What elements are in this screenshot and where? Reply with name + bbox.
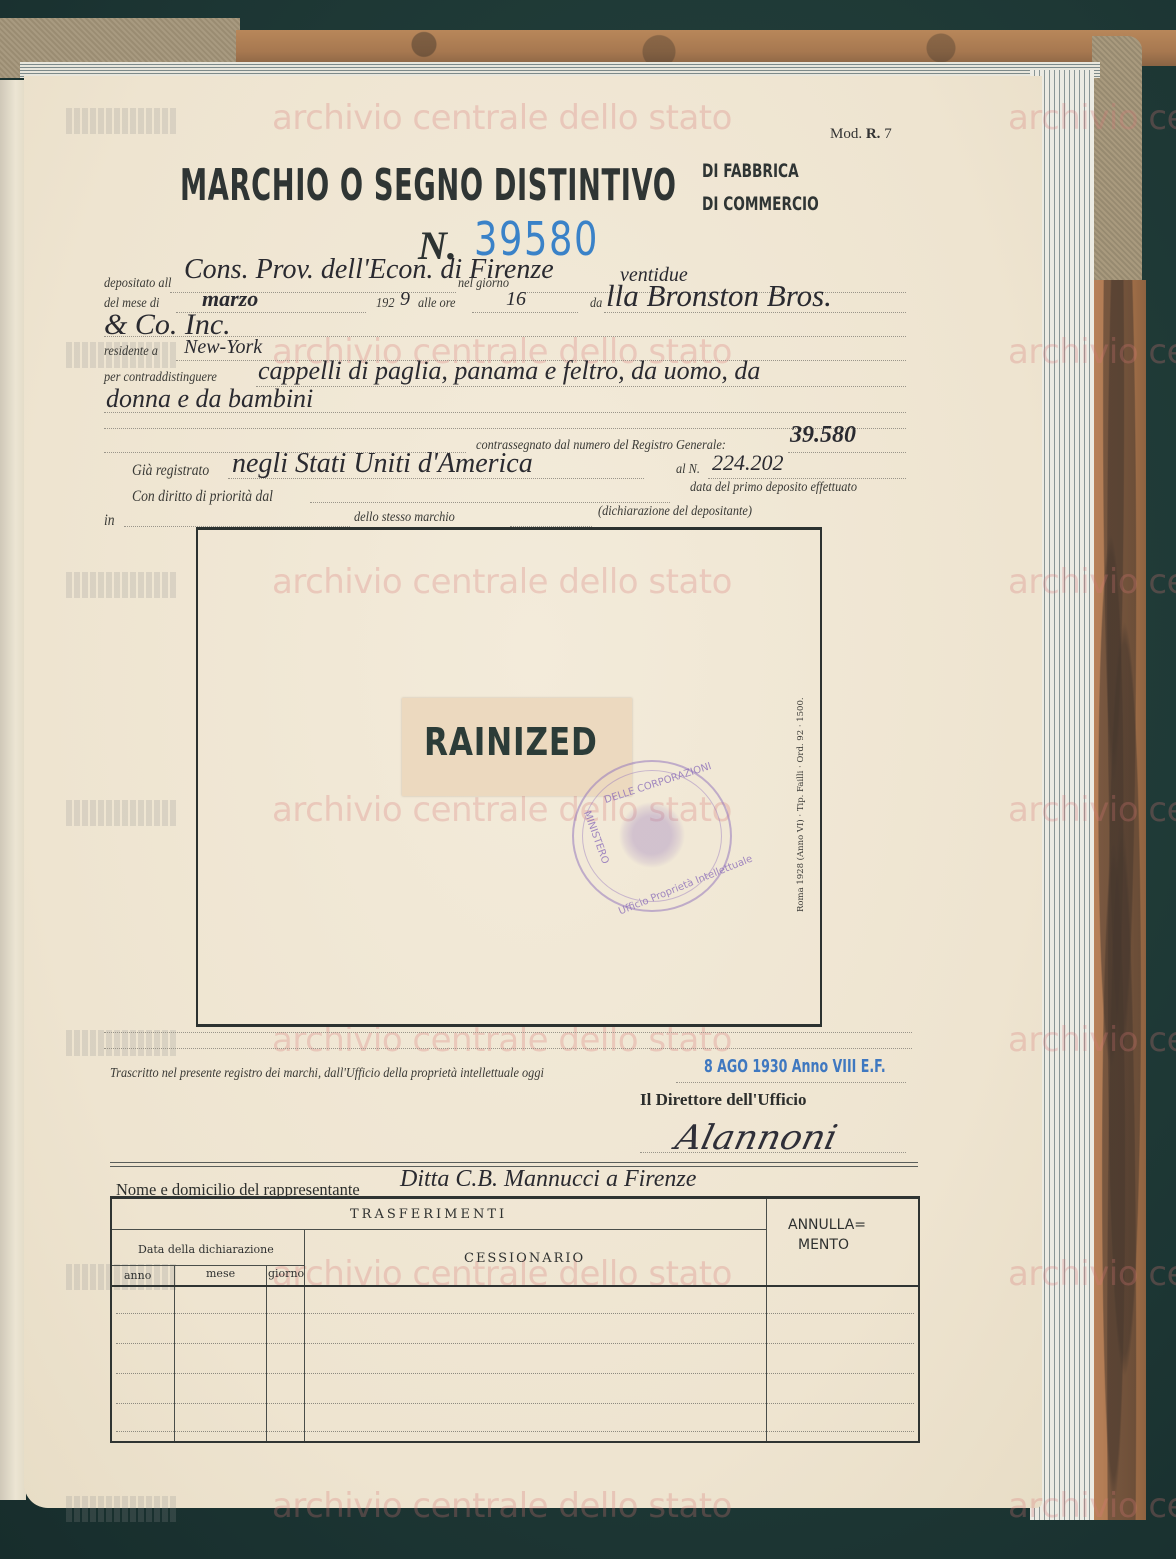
label-day: nel giorno [458, 276, 509, 292]
ministry-seal-stamp: DELLE CORPORAZIONI MINISTERO Ufficio Pro… [572, 760, 732, 912]
table-row[interactable] [116, 1313, 914, 1314]
field-line [472, 312, 578, 313]
book-leather-cover-top [236, 30, 1176, 66]
date-group-header: Data della dichiarazione [138, 1243, 274, 1256]
facing-page-edge [0, 80, 26, 1500]
form-code-letter: R. [866, 126, 881, 142]
col-header-anno: anno [124, 1269, 151, 1282]
annulment-header-line1: ANNULLA= [788, 1217, 866, 1233]
transcription-date-stamp: 8 AGO 1930 Anno VIII E.F. [704, 1056, 886, 1077]
field-line [104, 1048, 912, 1049]
label-resident: residente a [104, 344, 158, 360]
already-registered-value: negli Stati Uniti d'America [232, 448, 533, 480]
goods-value-line1: cappelli di paglia, panama e feltro, da … [258, 356, 760, 386]
col-divider [174, 1265, 175, 1441]
general-register-number: 39.580 [790, 422, 856, 449]
label-hour: alle ore [418, 296, 456, 312]
field-line [788, 452, 906, 453]
label-at-number: al N. [676, 462, 700, 478]
printer-imprint: Roma 1928 (Anno VI) · Tip. Failli · Ord.… [796, 697, 806, 912]
table-row[interactable] [116, 1343, 914, 1344]
table-title: TRASFERIMENTI [350, 1207, 507, 1222]
field-line [708, 478, 906, 479]
trademark-label-text: RAINIZED [424, 720, 598, 764]
label-deposited-at: depositato all [104, 276, 171, 292]
stamp-text-left: MINISTERO [581, 809, 610, 865]
col-header-cessionario: CESSIONARIO [464, 1251, 585, 1266]
label-in: in [104, 512, 115, 530]
field-line [104, 1032, 912, 1033]
document-title: MARCHIO O SEGNO DISTINTIVO [180, 160, 677, 211]
col-divider [304, 1229, 305, 1441]
form-code-number: 7 [884, 126, 892, 142]
stamp-text-top: DELLE CORPORAZIONI [603, 761, 713, 806]
signature-line [640, 1152, 906, 1153]
header-divider [112, 1285, 918, 1287]
table-row[interactable] [116, 1403, 914, 1404]
label-already-registered: Già registrato [132, 462, 209, 480]
form-code: Mod. R. 7 [830, 126, 892, 143]
table-row[interactable] [116, 1373, 914, 1374]
label-by: da [590, 296, 602, 312]
director-label: Il Direttore dell'Ufficio [640, 1090, 807, 1110]
year-prefix: 192 [376, 296, 394, 312]
transfers-table: TRASFERIMENTI ANNULLA= MENTO Data della … [110, 1196, 920, 1443]
col-header-giorno: giorno [268, 1267, 304, 1280]
label-first-deposit: data del primo deposito effettuato [690, 480, 857, 496]
applicant-value-line1: lla Bronston Bros. [606, 278, 832, 314]
row-divider [112, 1265, 304, 1266]
field-line [676, 1082, 906, 1083]
year-suffix-value: 9 [400, 288, 410, 311]
form-code-prefix: Mod. [830, 126, 862, 142]
title-sub-commercio: DI COMMERCIO [702, 193, 819, 215]
foreign-number-value: 224.202 [712, 450, 784, 476]
table-row[interactable] [116, 1431, 914, 1432]
book-leather-cover-right [1092, 280, 1146, 1520]
label-priority: Con diritto di priorità dal [132, 488, 273, 506]
title-sub-fabbrica: DI FABBRICA [702, 160, 799, 182]
row-divider [112, 1229, 766, 1230]
residence-value: New-York [184, 336, 262, 359]
field-line [256, 386, 906, 387]
representative-value: Ditta C.B. Mannucci a Firenze [400, 1166, 696, 1193]
priority-date-field[interactable] [310, 502, 670, 503]
coat-of-arms-icon [618, 802, 686, 868]
col-header-mese: mese [206, 1267, 235, 1280]
hour-value: 16 [506, 288, 526, 311]
col-divider [766, 1199, 767, 1441]
label-transcribed: Trascritto nel presente registro dei mar… [110, 1066, 544, 1082]
label-same-mark: dello stesso marchio [354, 510, 455, 526]
col-divider [266, 1265, 267, 1441]
field-line [104, 428, 906, 429]
label-declaration: (dichiarazione del depositante) [598, 504, 752, 520]
annulment-header-line2: MENTO [798, 1237, 849, 1253]
goods-value-line2: donna e da bambini [106, 384, 313, 414]
